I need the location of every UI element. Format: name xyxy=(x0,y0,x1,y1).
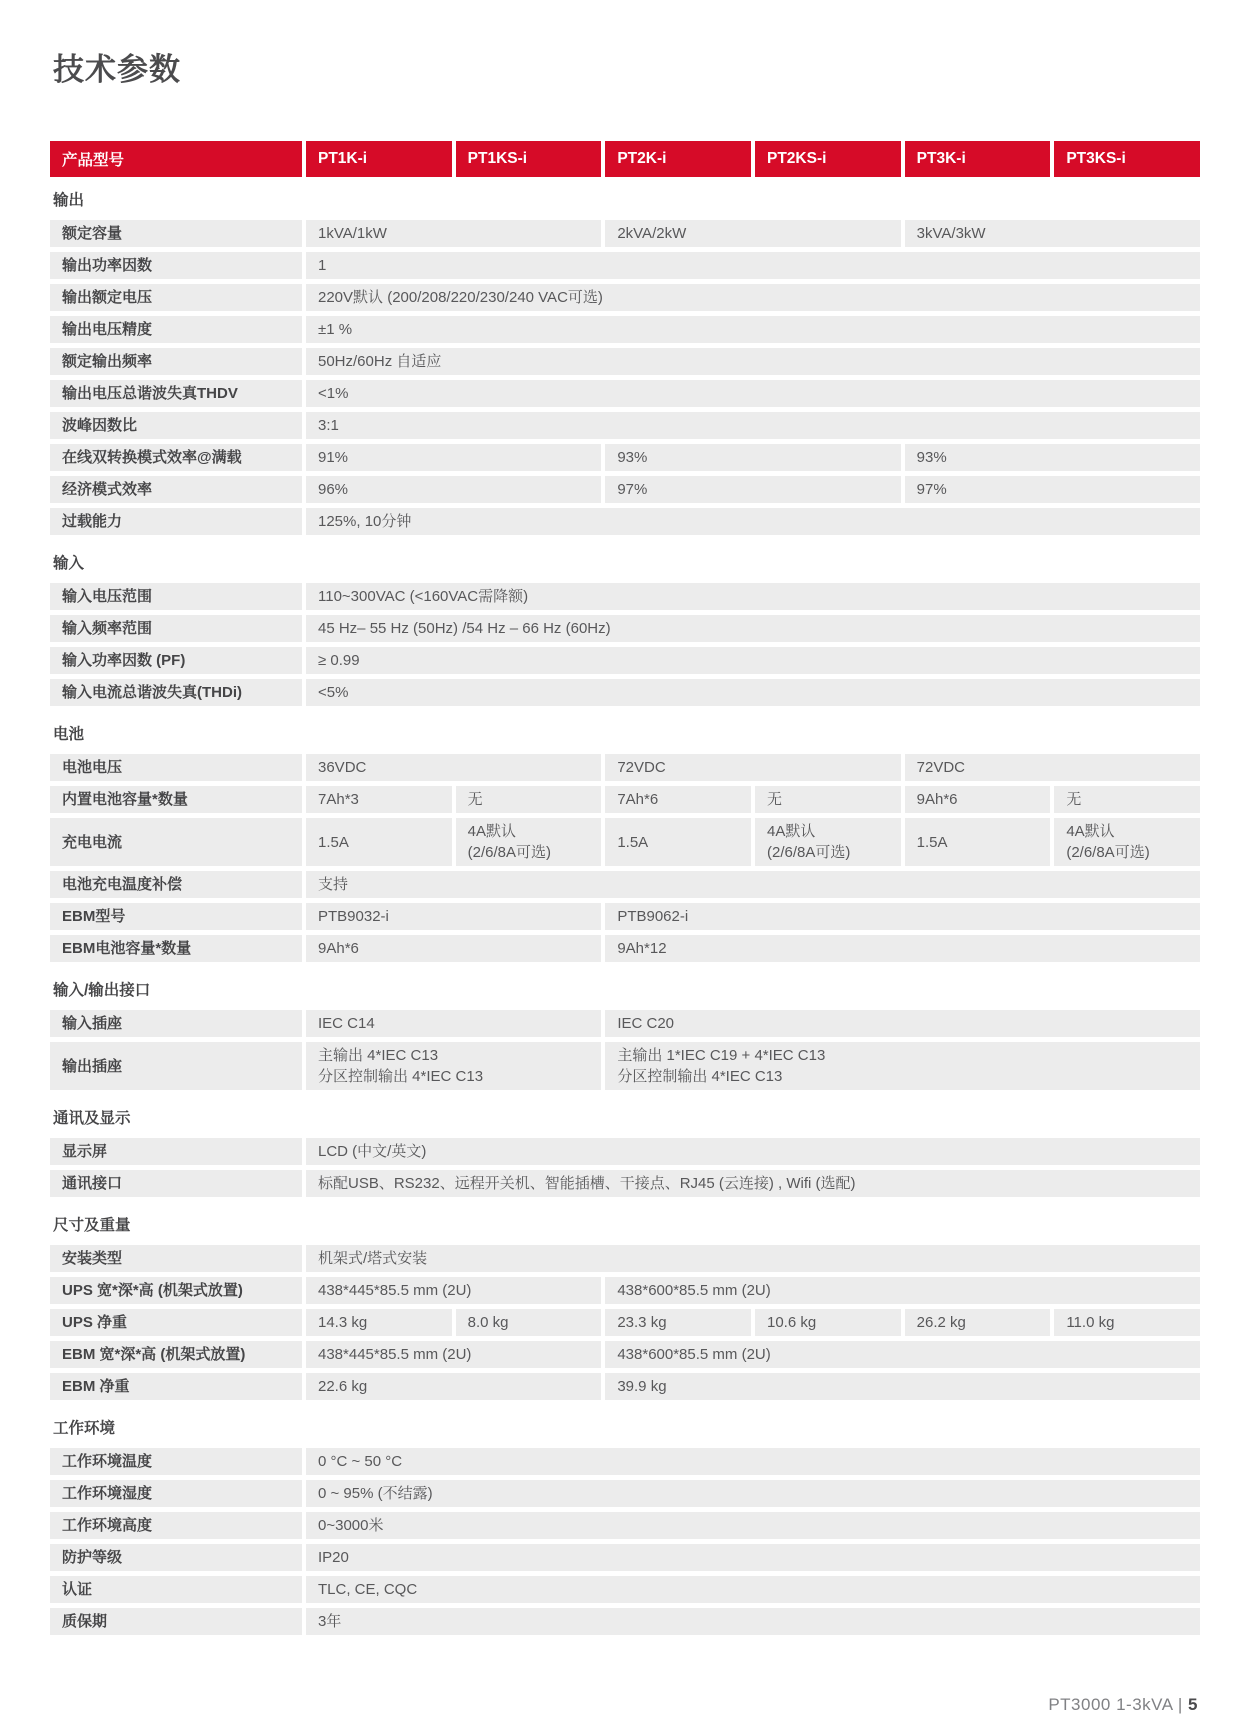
value-cell: 438*600*85.5 mm (2U) xyxy=(605,1277,1200,1304)
table-row: 输入插座IEC C14IEC C20 xyxy=(50,1010,1200,1037)
value-cell: 无 xyxy=(456,786,602,813)
row-label: 额定输出频率 xyxy=(50,348,302,375)
value-cell: 438*600*85.5 mm (2U) xyxy=(605,1341,1200,1368)
value-cell: 97% xyxy=(605,476,900,503)
value-cell: 1.5A xyxy=(905,818,1051,866)
value-cell: 22.6 kg xyxy=(306,1373,601,1400)
column-header-model: PT2KS-i xyxy=(755,141,901,177)
value-cell: <5% xyxy=(306,679,1200,706)
table-row: 通讯接口标配USB、RS232、远程开关机、智能插槽、干接点、RJ45 (云连接… xyxy=(50,1170,1200,1197)
value-cell: 机架式/塔式安装 xyxy=(306,1245,1200,1272)
section-title: 输出 xyxy=(50,177,1200,220)
value-cell: 0 ~ 95% (不结露) xyxy=(306,1480,1200,1507)
table-row: 输出插座主输出 4*IEC C13分区控制输出 4*IEC C13主输出 1*I… xyxy=(50,1042,1200,1090)
row-label: 认证 xyxy=(50,1576,302,1603)
value-cell: 4A默认(2/6/8A可选) xyxy=(755,818,901,866)
value-line: (2/6/8A可选) xyxy=(767,842,889,863)
row-label: 额定容量 xyxy=(50,220,302,247)
table-row: EBM电池容量*数量9Ah*69Ah*12 xyxy=(50,935,1200,962)
value-cell: IEC C20 xyxy=(605,1010,1200,1037)
row-label: UPS 宽*深*高 (机架式放置) xyxy=(50,1277,302,1304)
value-cell: 96% xyxy=(306,476,601,503)
value-cell: 23.3 kg xyxy=(605,1309,751,1336)
table-row: 安装类型机架式/塔式安装 xyxy=(50,1245,1200,1272)
value-line: (2/6/8A可选) xyxy=(468,842,590,863)
row-label: 内置电池容量*数量 xyxy=(50,786,302,813)
section-title: 输入/输出接口 xyxy=(50,967,1200,1010)
value-cell: 支持 xyxy=(306,871,1200,898)
spec-table: 产品型号PT1K-iPT1KS-iPT2K-iPT2KS-iPT3K-iPT3K… xyxy=(50,141,1200,1635)
row-label: 工作环境高度 xyxy=(50,1512,302,1539)
table-row: 工作环境温度0 °C ~ 50 °C xyxy=(50,1448,1200,1475)
row-label: EBM 宽*深*高 (机架式放置) xyxy=(50,1341,302,1368)
value-cell: 1kVA/1kW xyxy=(306,220,601,247)
value-line: 4A默认 xyxy=(468,821,590,842)
row-label: 充电电流 xyxy=(50,818,302,866)
value-line: (2/6/8A可选) xyxy=(1066,842,1188,863)
value-cell: 8.0 kg xyxy=(456,1309,602,1336)
page-title: 技术参数 xyxy=(53,44,1240,89)
table-row: 在线双转换模式效率@满载91%93%93% xyxy=(50,444,1200,471)
row-label: 输出电压总谐波失真THDV xyxy=(50,380,302,407)
spec-sheet-page: 技术参数 产品型号PT1K-iPT1KS-iPT2K-iPT2KS-iPT3K-… xyxy=(0,0,1240,1733)
section-title: 工作环境 xyxy=(50,1405,1200,1448)
page-footer: PT3000 1-3kVA | 5 xyxy=(1048,1695,1198,1715)
row-label: 安装类型 xyxy=(50,1245,302,1272)
row-label: 电池电压 xyxy=(50,754,302,781)
value-cell: 50Hz/60Hz 自适应 xyxy=(306,348,1200,375)
value-cell: IEC C14 xyxy=(306,1010,601,1037)
value-line: 主输出 4*IEC C13 xyxy=(318,1045,589,1066)
table-row: 输出电压总谐波失真THDV<1% xyxy=(50,380,1200,407)
row-label: 输入插座 xyxy=(50,1010,302,1037)
value-cell: PTB9062-i xyxy=(605,903,1200,930)
table-row: 经济模式效率96%97%97% xyxy=(50,476,1200,503)
value-cell: 3:1 xyxy=(306,412,1200,439)
value-cell: 0 °C ~ 50 °C xyxy=(306,1448,1200,1475)
row-label: EBM型号 xyxy=(50,903,302,930)
value-cell: ±1 % xyxy=(306,316,1200,343)
value-line: 分区控制输出 4*IEC C13 xyxy=(617,1066,1188,1087)
value-cell: 1 xyxy=(306,252,1200,279)
value-cell: 7Ah*6 xyxy=(605,786,751,813)
table-header-row: 产品型号PT1K-iPT1KS-iPT2K-iPT2KS-iPT3K-iPT3K… xyxy=(50,141,1200,177)
column-header-label: 产品型号 xyxy=(50,141,302,177)
value-cell: 4A默认(2/6/8A可选) xyxy=(1054,818,1200,866)
row-label: 输入频率范围 xyxy=(50,615,302,642)
value-cell: 3年 xyxy=(306,1608,1200,1635)
column-header-model: PT3K-i xyxy=(905,141,1051,177)
value-cell: 125%, 10分钟 xyxy=(306,508,1200,535)
row-label: 质保期 xyxy=(50,1608,302,1635)
row-label: EBM电池容量*数量 xyxy=(50,935,302,962)
value-cell: 10.6 kg xyxy=(755,1309,901,1336)
section-title: 尺寸及重量 xyxy=(50,1202,1200,1245)
value-cell: 220V默认 (200/208/220/230/240 VAC可选) xyxy=(306,284,1200,311)
table-row: 输出额定电压220V默认 (200/208/220/230/240 VAC可选) xyxy=(50,284,1200,311)
column-header-model: PT1K-i xyxy=(306,141,452,177)
table-row: 输入电流总谐波失真(THDi)<5% xyxy=(50,679,1200,706)
value-line: 主输出 1*IEC C19 + 4*IEC C13 xyxy=(617,1045,1188,1066)
row-label: 输入电流总谐波失真(THDi) xyxy=(50,679,302,706)
value-line: 分区控制输出 4*IEC C13 xyxy=(318,1066,589,1087)
table-row: UPS 净重14.3 kg8.0 kg23.3 kg10.6 kg26.2 kg… xyxy=(50,1309,1200,1336)
value-cell: 93% xyxy=(905,444,1200,471)
row-label: 防护等级 xyxy=(50,1544,302,1571)
value-cell: 72VDC xyxy=(905,754,1200,781)
table-row: 工作环境湿度0 ~ 95% (不结露) xyxy=(50,1480,1200,1507)
row-label: 电池充电温度补偿 xyxy=(50,871,302,898)
column-header-model: PT3KS-i xyxy=(1054,141,1200,177)
table-row: EBM 宽*深*高 (机架式放置)438*445*85.5 mm (2U)438… xyxy=(50,1341,1200,1368)
row-label: 经济模式效率 xyxy=(50,476,302,503)
section-title: 输入 xyxy=(50,540,1200,583)
table-row: 电池充电温度补偿支持 xyxy=(50,871,1200,898)
row-label: UPS 净重 xyxy=(50,1309,302,1336)
value-cell: 7Ah*3 xyxy=(306,786,452,813)
section-title: 通讯及显示 xyxy=(50,1095,1200,1138)
row-label: EBM 净重 xyxy=(50,1373,302,1400)
row-label: 工作环境温度 xyxy=(50,1448,302,1475)
value-cell: 4A默认(2/6/8A可选) xyxy=(456,818,602,866)
table-row: 波峰因数比3:1 xyxy=(50,412,1200,439)
value-cell: 1.5A xyxy=(605,818,751,866)
table-row: 工作环境高度0~3000米 xyxy=(50,1512,1200,1539)
row-label: 输入电压范围 xyxy=(50,583,302,610)
table-row: 过载能力125%, 10分钟 xyxy=(50,508,1200,535)
table-row: 额定输出频率50Hz/60Hz 自适应 xyxy=(50,348,1200,375)
value-cell: 438*445*85.5 mm (2U) xyxy=(306,1341,601,1368)
row-label: 输出额定电压 xyxy=(50,284,302,311)
value-cell: 3kVA/3kW xyxy=(905,220,1200,247)
value-cell: 9Ah*6 xyxy=(905,786,1051,813)
row-label: 输入功率因数 (PF) xyxy=(50,647,302,674)
row-label: 工作环境湿度 xyxy=(50,1480,302,1507)
table-row: 输出功率因数1 xyxy=(50,252,1200,279)
value-cell: 14.3 kg xyxy=(306,1309,452,1336)
table-row: 质保期3年 xyxy=(50,1608,1200,1635)
value-cell: 无 xyxy=(1054,786,1200,813)
value-cell: 91% xyxy=(306,444,601,471)
table-row: 防护等级IP20 xyxy=(50,1544,1200,1571)
column-header-model: PT2K-i xyxy=(605,141,751,177)
row-label: 输出插座 xyxy=(50,1042,302,1090)
value-cell: 2kVA/2kW xyxy=(605,220,900,247)
table-row: 输出电压精度±1 % xyxy=(50,316,1200,343)
row-label: 通讯接口 xyxy=(50,1170,302,1197)
table-row: EBM型号PTB9032-iPTB9062-i xyxy=(50,903,1200,930)
column-header-model: PT1KS-i xyxy=(456,141,602,177)
row-label: 过载能力 xyxy=(50,508,302,535)
table-row: UPS 宽*深*高 (机架式放置)438*445*85.5 mm (2U)438… xyxy=(50,1277,1200,1304)
value-cell: <1% xyxy=(306,380,1200,407)
value-cell: 0~3000米 xyxy=(306,1512,1200,1539)
value-cell: PTB9032-i xyxy=(306,903,601,930)
table-row: 认证TLC, CE, CQC xyxy=(50,1576,1200,1603)
table-row: 充电电流1.5A4A默认(2/6/8A可选)1.5A4A默认(2/6/8A可选)… xyxy=(50,818,1200,866)
table-row: 显示屏LCD (中文/英文) xyxy=(50,1138,1200,1165)
value-cell: 93% xyxy=(605,444,900,471)
table-row: 额定容量1kVA/1kW2kVA/2kW3kVA/3kW xyxy=(50,220,1200,247)
value-cell: 11.0 kg xyxy=(1054,1309,1200,1336)
value-cell: 主输出 1*IEC C19 + 4*IEC C13分区控制输出 4*IEC C1… xyxy=(605,1042,1200,1090)
value-cell: 26.2 kg xyxy=(905,1309,1051,1336)
row-label: 波峰因数比 xyxy=(50,412,302,439)
value-cell: 9Ah*6 xyxy=(306,935,601,962)
footer-page-number: 5 xyxy=(1188,1695,1198,1714)
value-cell: 72VDC xyxy=(605,754,900,781)
value-line: 4A默认 xyxy=(767,821,889,842)
value-cell: 标配USB、RS232、远程开关机、智能插槽、干接点、RJ45 (云连接) , … xyxy=(306,1170,1200,1197)
value-cell: LCD (中文/英文) xyxy=(306,1138,1200,1165)
table-row: 输入功率因数 (PF)≥ 0.99 xyxy=(50,647,1200,674)
value-cell: 1.5A xyxy=(306,818,452,866)
value-cell: 39.9 kg xyxy=(605,1373,1200,1400)
value-cell: 97% xyxy=(905,476,1200,503)
value-cell: TLC, CE, CQC xyxy=(306,1576,1200,1603)
value-cell: 无 xyxy=(755,786,901,813)
table-body: 输出额定容量1kVA/1kW2kVA/2kW3kVA/3kW输出功率因数1输出额… xyxy=(50,177,1200,1635)
table-row: EBM 净重22.6 kg39.9 kg xyxy=(50,1373,1200,1400)
row-label: 显示屏 xyxy=(50,1138,302,1165)
value-cell: 主输出 4*IEC C13分区控制输出 4*IEC C13 xyxy=(306,1042,601,1090)
value-cell: 36VDC xyxy=(306,754,601,781)
section-title: 电池 xyxy=(50,711,1200,754)
value-line: 4A默认 xyxy=(1066,821,1188,842)
table-row: 输入频率范围45 Hz– 55 Hz (50Hz) /54 Hz – 66 Hz… xyxy=(50,615,1200,642)
table-row: 电池电压36VDC72VDC72VDC xyxy=(50,754,1200,781)
table-row: 输入电压范围110~300VAC (<160VAC需降额) xyxy=(50,583,1200,610)
value-cell: 110~300VAC (<160VAC需降额) xyxy=(306,583,1200,610)
value-cell: IP20 xyxy=(306,1544,1200,1571)
row-label: 输出电压精度 xyxy=(50,316,302,343)
value-cell: 45 Hz– 55 Hz (50Hz) /54 Hz – 66 Hz (60Hz… xyxy=(306,615,1200,642)
row-label: 在线双转换模式效率@满载 xyxy=(50,444,302,471)
footer-separator: | xyxy=(1178,1695,1183,1714)
footer-doc-name: PT3000 1-3kVA xyxy=(1048,1695,1172,1714)
row-label: 输出功率因数 xyxy=(50,252,302,279)
value-cell: ≥ 0.99 xyxy=(306,647,1200,674)
table-row: 内置电池容量*数量7Ah*3无7Ah*6无9Ah*6无 xyxy=(50,786,1200,813)
value-cell: 438*445*85.5 mm (2U) xyxy=(306,1277,601,1304)
value-cell: 9Ah*12 xyxy=(605,935,1200,962)
